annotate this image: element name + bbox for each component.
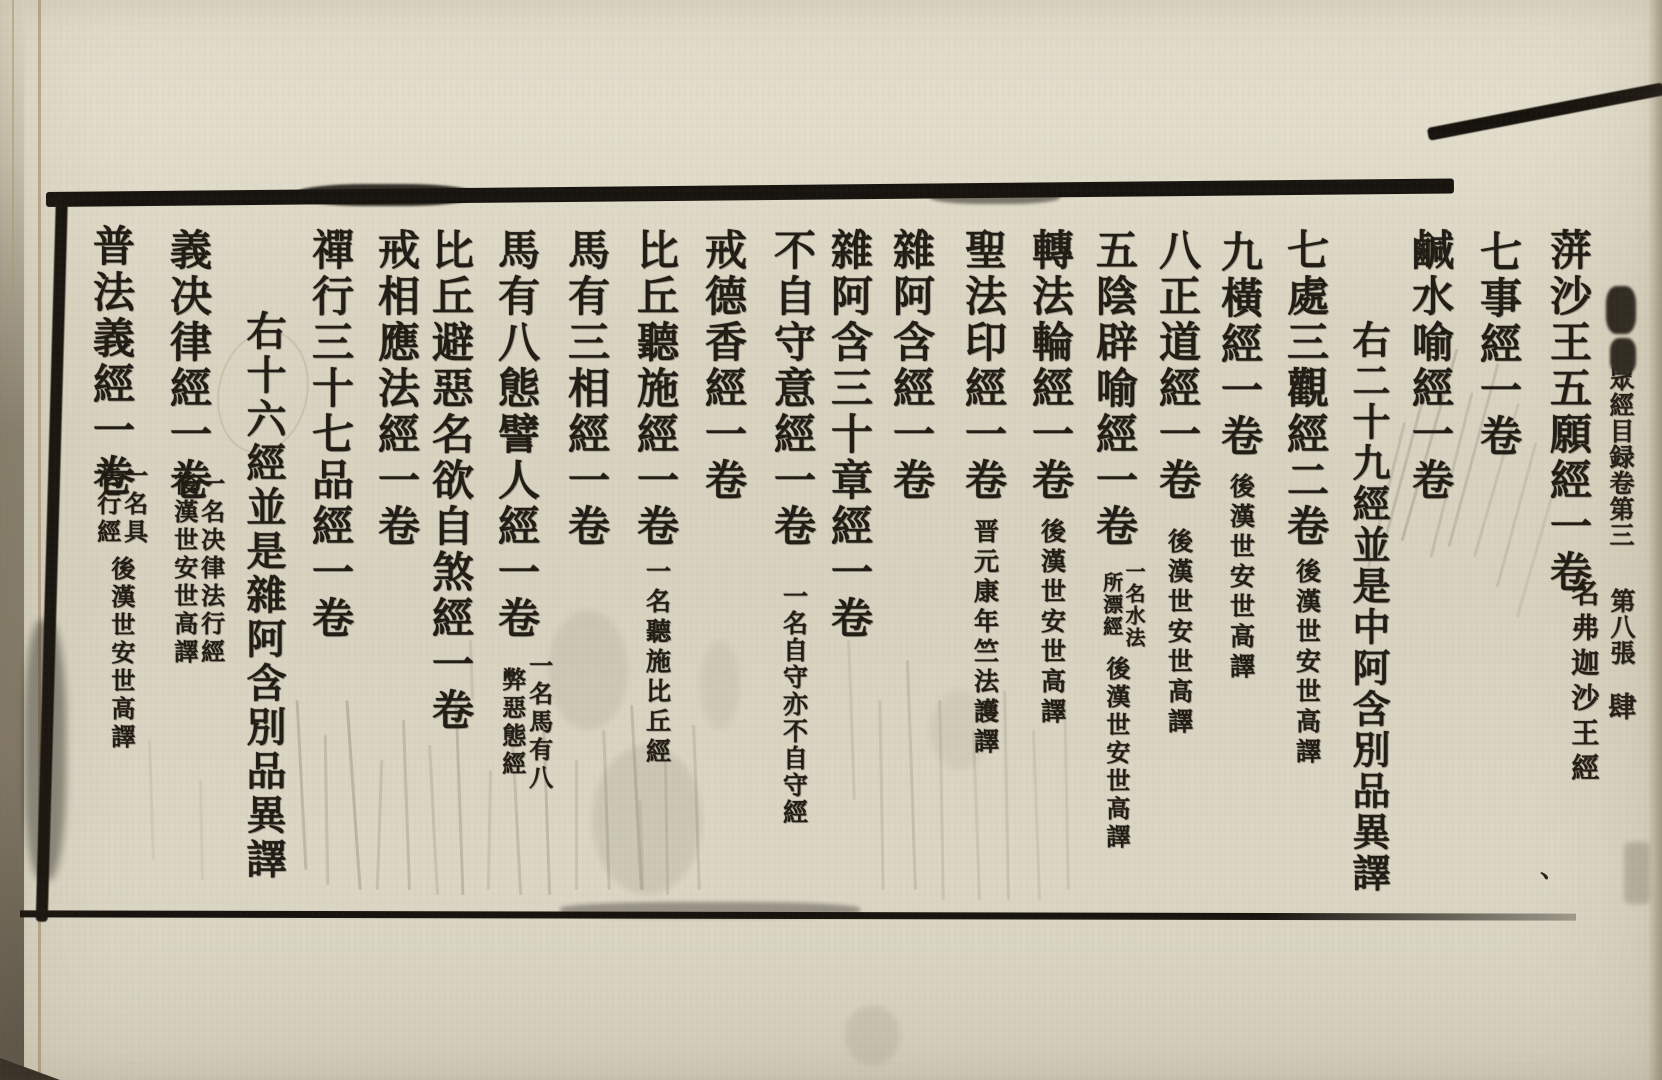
translator-note: 後漢世安世高譯 <box>1102 656 1129 852</box>
ink-blotch <box>296 184 474 206</box>
translator-note: 後漢世安世高譯 <box>1227 473 1255 683</box>
alt-name-note-text: 名弗迦沙王經 <box>1567 578 1600 788</box>
sutra-title-column: 七事經一卷 <box>1477 230 1519 460</box>
print-streak <box>487 770 492 890</box>
alt-name-note-text: 一名具法行經 <box>93 463 149 547</box>
print-streak <box>906 660 917 890</box>
alt-name-note-text: 一名自守亦不自守經 <box>780 583 809 826</box>
ink-blotch <box>560 902 860 918</box>
summary-line: 右二十九經並是中阿含別品異譯 <box>1349 320 1387 894</box>
alt-name-note-text: 一名决律法行經 <box>197 471 226 667</box>
colophon-volume-title: 眾經目録卷第三 <box>1606 366 1634 548</box>
translator-note: 後漢世安世高譯 <box>1165 528 1193 738</box>
ink-smudge <box>845 1005 900 1065</box>
translator-note: 後漢世安世高譯 <box>1038 518 1066 728</box>
sutra-title-column: 馬有八態譬人經一卷 <box>495 228 537 642</box>
alt-name-note: 名弗迦沙王經 <box>1568 578 1599 788</box>
paper-edge-line <box>12 0 14 300</box>
sutra-title-column: 九橫經一卷 <box>1218 230 1260 460</box>
ink-stamp-smudge <box>1604 286 1640 374</box>
sutra-title-column: 轉法輪經一卷 <box>1029 228 1071 504</box>
alt-name-note-text: 一名水法所漂經 <box>1100 561 1146 649</box>
sutra-title-column: 比丘聽施經一卷 <box>634 228 676 550</box>
sutra-title-column: 義决律經一卷 <box>167 228 209 504</box>
print-streak <box>376 760 384 890</box>
print-streak <box>878 700 884 890</box>
sutra-title-column: 普法義經一卷 <box>90 224 132 500</box>
alt-name-note: 一名水法所漂經 <box>1099 558 1145 652</box>
sutra-title-column: 聖法印經一卷 <box>962 228 1004 504</box>
sutra-title-column: 七處三觀經二卷 <box>1284 228 1326 550</box>
print-streak <box>345 700 361 890</box>
print-streak <box>148 740 155 860</box>
leaf-fold-border-line <box>1427 82 1662 141</box>
alt-name-note: 一名自守亦不自守經 <box>780 583 808 826</box>
alt-name-note: 一名聽施比丘經 <box>643 558 671 768</box>
ink-bleedthrough-mark <box>1624 842 1650 904</box>
print-streak <box>296 700 308 870</box>
sutra-title-column: 禪行三十七品經一卷 <box>309 228 351 642</box>
translator-note: 晋元康年竺法護譯 <box>971 518 999 758</box>
print-streak <box>1063 700 1069 890</box>
sutra-title-column: 五陰辟喻經一卷 <box>1093 228 1135 550</box>
page-corner-shadow <box>0 1046 60 1080</box>
ink-smudge <box>548 610 628 730</box>
print-streak <box>428 745 439 895</box>
colophon-sheet-label: 第八張 <box>1607 588 1635 666</box>
print-streak <box>199 780 204 880</box>
print-streak <box>1032 730 1041 900</box>
translator-note: 後漢世安世高譯 <box>1293 558 1321 768</box>
alt-name-note: 一名决律法行經後漢世安世高譯 <box>168 468 223 670</box>
alt-name-note: 一名具法行經 <box>91 460 146 550</box>
translator-note: 後漢世安世高譯 <box>107 556 134 752</box>
print-streak <box>402 720 411 890</box>
ink-blotch <box>930 188 1060 204</box>
ink-blotch <box>24 620 66 880</box>
sutra-title-column: 蓱沙王五願經一卷 <box>1547 228 1589 596</box>
alt-name-note-text: 一名馬有八弊惡態經 <box>498 653 554 793</box>
sutra-title-column: 鹹水喻經一卷 <box>1409 228 1451 504</box>
print-streak <box>847 640 856 800</box>
print-streak <box>1003 690 1010 900</box>
sutra-title-column: 馬有三相經一卷 <box>565 228 607 550</box>
sutra-title-column: 戒相應法經一卷 <box>375 228 417 550</box>
summary-line: 右十六經並是雜阿含別品異譯 <box>243 310 283 882</box>
page-right-edge-shadow <box>1648 0 1662 1080</box>
sutra-title-column: 八正道經一卷 <box>1156 228 1198 504</box>
sutra-title-column: 雜阿含經一卷 <box>890 228 932 504</box>
sutra-title-column: 雜阿含三十章經一卷 <box>828 228 870 642</box>
sutra-title-column: 不自守意經一卷 <box>771 228 813 550</box>
sutra-title-column: 比丘避惡名欲自煞經一卷 <box>429 228 471 734</box>
colophon-sheet-number: 肆 <box>1605 692 1636 725</box>
print-streak <box>575 760 578 890</box>
sutra-title-column: 戒德香經一卷 <box>702 228 744 504</box>
translator-note-text: 後漢世安世高譯 <box>170 471 199 667</box>
ink-smudge <box>700 640 740 730</box>
print-streak <box>324 735 330 885</box>
woodblock-page-scan: 蓱沙王五願經一卷名弗迦沙王經七事經一卷鹹水喻經一卷右二十九經並是中阿含別品異譯七… <box>0 0 1662 1080</box>
stray-ink-mark: 、 <box>1540 848 1566 885</box>
printed-frame-top-border <box>46 178 1454 207</box>
alt-name-note: 一名馬有八弊惡態經 <box>496 650 551 796</box>
alt-name-note-text: 一名聽施比丘經 <box>643 558 672 768</box>
